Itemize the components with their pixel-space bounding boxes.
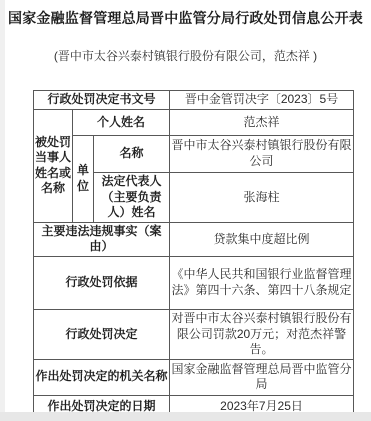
basis-label: 行政处罚依据 bbox=[34, 256, 170, 309]
party-group-label: 被处罚当事人姓名或名称 bbox=[34, 110, 73, 223]
row-doc-number: 行政处罚决定书文号 晋中金管罚决字〔2023〕5号 bbox=[34, 91, 354, 110]
legal-rep-value: 张海柱 bbox=[170, 173, 354, 223]
org-name-value: 晋中市太谷兴泰村镇银行股份有限公司 bbox=[170, 136, 354, 173]
left-edge-strip bbox=[0, 0, 5, 421]
legal-rep-label: 法定代表人（主要负责人）姓名 bbox=[94, 173, 170, 223]
authority-label: 作出处罚决定的机关名称 bbox=[34, 359, 170, 395]
authority-value: 国家金融监督管理总局晋中监管分局 bbox=[170, 359, 354, 395]
facts-label: 主要违法违规事实（案由） bbox=[34, 222, 170, 256]
row-basis: 行政处罚依据 《中华人民共和国银行业监督管理法》第四十六条、第四十八条规定 bbox=[34, 256, 354, 309]
person-name-label: 个人姓名 bbox=[73, 110, 170, 136]
row-person-name: 被处罚当事人姓名或名称 个人姓名 范杰祥 bbox=[34, 110, 354, 136]
row-authority: 作出处罚决定的机关名称 国家金融监督管理总局晋中监管分局 bbox=[34, 359, 354, 395]
org-group-label: 单位 bbox=[73, 136, 94, 223]
penalty-table: 行政处罚决定书文号 晋中金管罚决字〔2023〕5号 被处罚当事人姓名或名称 个人… bbox=[33, 90, 354, 419]
page-title: 国家金融监督管理总局晋中监管分局行政处罚信息公开表 bbox=[0, 0, 371, 28]
doc-number-value: 晋中金管罚决字〔2023〕5号 bbox=[170, 91, 354, 110]
person-name-value: 范杰祥 bbox=[170, 110, 354, 136]
bottom-edge-strip bbox=[0, 412, 371, 421]
decision-label: 行政处罚决定 bbox=[34, 309, 170, 359]
row-facts: 主要违法违规事实（案由） 贷款集中度超比例 bbox=[34, 222, 354, 256]
penalty-disclosure-page: 国家金融监督管理总局晋中监管分局行政处罚信息公开表 (晋中市太谷兴泰村镇银行股份… bbox=[0, 0, 371, 421]
row-decision: 行政处罚决定 对晋中市太谷兴泰村镇银行股份有限公司罚款20万元；对范杰祥警告。 bbox=[34, 309, 354, 359]
decision-value: 对晋中市太谷兴泰村镇银行股份有限公司罚款20万元；对范杰祥警告。 bbox=[170, 309, 354, 359]
row-org-name: 单位 名称 晋中市太谷兴泰村镇银行股份有限公司 bbox=[34, 136, 354, 173]
doc-number-label: 行政处罚决定书文号 bbox=[34, 91, 170, 110]
basis-value: 《中华人民共和国银行业监督管理法》第四十六条、第四十八条规定 bbox=[170, 256, 354, 309]
org-name-label: 名称 bbox=[94, 136, 170, 173]
facts-value: 贷款集中度超比例 bbox=[170, 222, 354, 256]
page-subtitle: (晋中市太谷兴泰村镇银行股份有限公司，范杰祥 ) bbox=[0, 47, 371, 64]
